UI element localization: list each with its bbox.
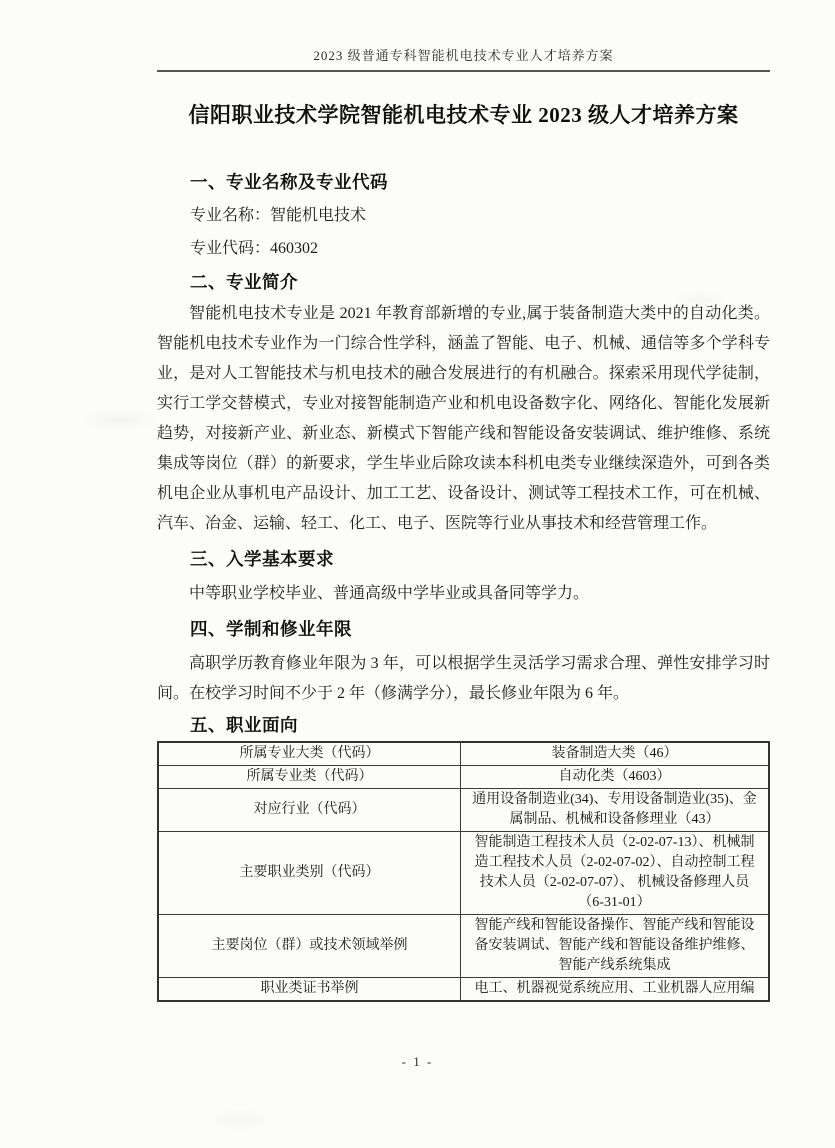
table-cell-value: 通用设备制造业(34)、专用设备制造业(35)、金属制品、机械和设备修理业（43… [460,789,769,832]
table-cell-label: 所属专业大类（代码） [158,742,460,766]
table-row: 对应行业（代码） 通用设备制造业(34)、专用设备制造业(35)、金属制品、机械… [158,789,769,832]
career-orientation-table: 所属专业大类（代码） 装备制造大类（46） 所属专业类（代码） 自动化类（460… [157,741,770,1002]
table-cell-value: 自动化类（4603） [460,766,769,789]
table-row: 职业类证书举例 电工、机器视觉系统应用、工业机器人应用编 [158,978,769,1002]
table-cell-label: 主要岗位（群）或技术领域举例 [158,915,460,978]
table-cell-label: 所属专业类（代码） [158,766,460,789]
page-number: - 1 - [0,1054,835,1070]
document-title: 信阳职业技术学院智能机电技术专业 2023 级人才培养方案 [157,100,770,130]
major-code-line: 专业代码：460302 [157,238,770,260]
table-cell-label: 职业类证书举例 [158,978,460,1002]
table-row: 主要职业类别（代码） 智能制造工程技术人员（2-02-07-13）、机械制造工程… [158,832,769,915]
table-cell-label: 主要职业类别（代码） [158,832,460,915]
table-cell-value: 装备制造大类（46） [460,742,769,766]
table-cell-label: 对应行业（代码） [158,789,460,832]
section-heading-career-orientation: 五、职业面向 [157,713,770,737]
table-row: 所属专业类（代码） 自动化类（4603） [158,766,769,789]
major-name-line: 专业名称：智能机电技术 [157,205,770,227]
study-duration-paragraph: 高职学历教育修业年限为 3 年，可以根据学生灵活学习需求合理、弹性安排学习时间。… [157,649,770,709]
document-page: 2023 级普通专科智能机电技术专业人才培养方案 信阳职业技术学院智能机电技术专… [0,0,835,1148]
header-divider [157,70,770,72]
admission-paragraph: 中等职业学校毕业、普通高级中学毕业或具备同等学力。 [157,579,770,609]
section-heading-admission: 三、入学基本要求 [157,547,770,571]
running-header: 2023 级普通专科智能机电技术专业人才培养方案 [157,48,770,64]
section-heading-study-duration: 四、学制和修业年限 [157,617,770,641]
section-heading-major-name: 一、专业名称及专业代码 [157,170,770,194]
major-intro-paragraph: 智能机电技术专业是 2021 年教育部新增的专业,属于装备制造大类中的自动化类。… [157,299,770,539]
table-row: 主要岗位（群）或技术领域举例 智能产线和智能设备操作、智能产线和智能设备安装调试… [158,915,769,978]
table-cell-value: 智能制造工程技术人员（2-02-07-13）、机械制造工程技术人员（2-02-0… [460,832,769,915]
table-cell-value: 电工、机器视觉系统应用、工业机器人应用编 [460,978,769,1002]
table-cell-value: 智能产线和智能设备操作、智能产线和智能设备安装调试、智能产线和智能设备维护维修、… [460,915,769,978]
section-heading-major-intro: 二、专业简介 [157,270,770,294]
table-row: 所属专业大类（代码） 装备制造大类（46） [158,742,769,766]
page-content: 2023 级普通专科智能机电技术专业人才培养方案 信阳职业技术学院智能机电技术专… [0,48,835,1002]
